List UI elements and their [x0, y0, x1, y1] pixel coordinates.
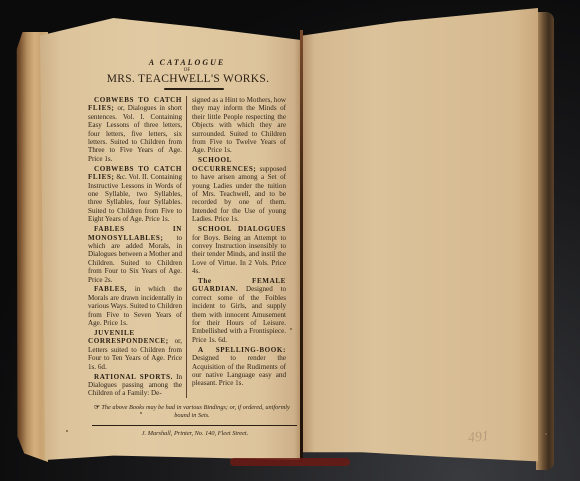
printer-imprint: J. Marshall, Printer, No. 140, Fleet Str…: [88, 430, 302, 437]
entry-body: supposed to have arisen among a Set of y…: [192, 165, 286, 223]
entry-title: SCHOOL OCCURRENCES;: [192, 156, 256, 172]
foxing-spot: [290, 328, 292, 330]
entry-title: A SPELLING-BOOK:: [198, 346, 286, 354]
catalogue-entry: signed as a Hint to Mothers, how they ma…: [192, 96, 286, 155]
note-text: The above Books may be had in various Bi…: [100, 404, 290, 419]
page-title: MRS. TEACHWELL'S WORKS.: [90, 73, 286, 85]
foxing-spot: [66, 430, 68, 432]
book-gutter: [300, 30, 303, 462]
entry-body: for Boys. Being an Attempt to convey Ins…: [192, 234, 286, 276]
catalogue-heading: A CATALOGUE: [88, 58, 286, 67]
entry-title: JUVENILE CORRESPONDENCE;: [88, 329, 169, 345]
catalogue-entry: The FEMALE GUARDIAN. Designed to correct…: [192, 277, 286, 344]
bindings-note: ☞ The above Books may be had in various …: [86, 404, 298, 420]
entry-body: to which are added Morals, in Dialogues …: [88, 234, 182, 284]
imprint-rule: [92, 425, 297, 426]
book-photo: A CATALOGUE OF MRS. TEACHWELL'S WORKS. C…: [0, 0, 580, 481]
column-right: signed as a Hint to Mothers, how they ma…: [187, 96, 286, 398]
pencil-inscription: 491: [467, 429, 490, 447]
catalogue-entry: FABLES, in which the Morals are drawn in…: [88, 285, 182, 327]
right-fore-edge: [536, 12, 554, 470]
catalogue-entry: JUVENILE CORRESPONDENCE; or, Letters sui…: [88, 329, 182, 371]
entry-title: RATIONAL SPORTS.: [94, 373, 173, 381]
entry-body: &c. Vol. II. Containing Instructive Less…: [88, 173, 182, 223]
entry-body: signed as a Hint to Mothers, how they ma…: [192, 96, 286, 154]
column-left: COBWEBS TO CATCH FLIES; or, Dialogues in…: [88, 96, 187, 398]
heading-rule: [164, 88, 224, 90]
entry-body: or, Dialogues in short sentences. Vol. I…: [88, 104, 182, 162]
red-binding-edge: [230, 458, 350, 466]
catalogue-entry: FABLES IN MONOSYLLABLES; to which are ad…: [88, 225, 182, 284]
catalogue-entry: SCHOOL OCCURRENCES; supposed to have ari…: [192, 156, 286, 223]
catalogue-entry: SCHOOL DIALOGUES for Boys. Being an Atte…: [192, 225, 286, 275]
catalogue-entry: RATIONAL SPORTS. In Dialogues passing am…: [88, 373, 182, 398]
entry-body: Designed to render the Acquisition of th…: [192, 354, 286, 387]
catalogue-entry: COBWEBS TO CATCH FLIES; &c. Vol. II. Con…: [88, 165, 182, 224]
catalogue-entry: A SPELLING-BOOK: Designed to render the …: [192, 346, 286, 388]
entry-title: SCHOOL DIALOGUES: [198, 225, 286, 233]
right-page-blank: [303, 8, 538, 466]
foxing-spot: [545, 433, 547, 435]
catalogue-text: A CATALOGUE OF MRS. TEACHWELL'S WORKS. C…: [78, 58, 286, 437]
entry-body: Designed to correct some of the Foibles …: [192, 285, 286, 343]
entry-title: FABLES,: [94, 285, 127, 293]
catalogue-columns: COBWEBS TO CATCH FLIES; or, Dialogues in…: [88, 96, 286, 398]
catalogue-entry: COBWEBS TO CATCH FLIES; or, Dialogues in…: [88, 96, 182, 163]
